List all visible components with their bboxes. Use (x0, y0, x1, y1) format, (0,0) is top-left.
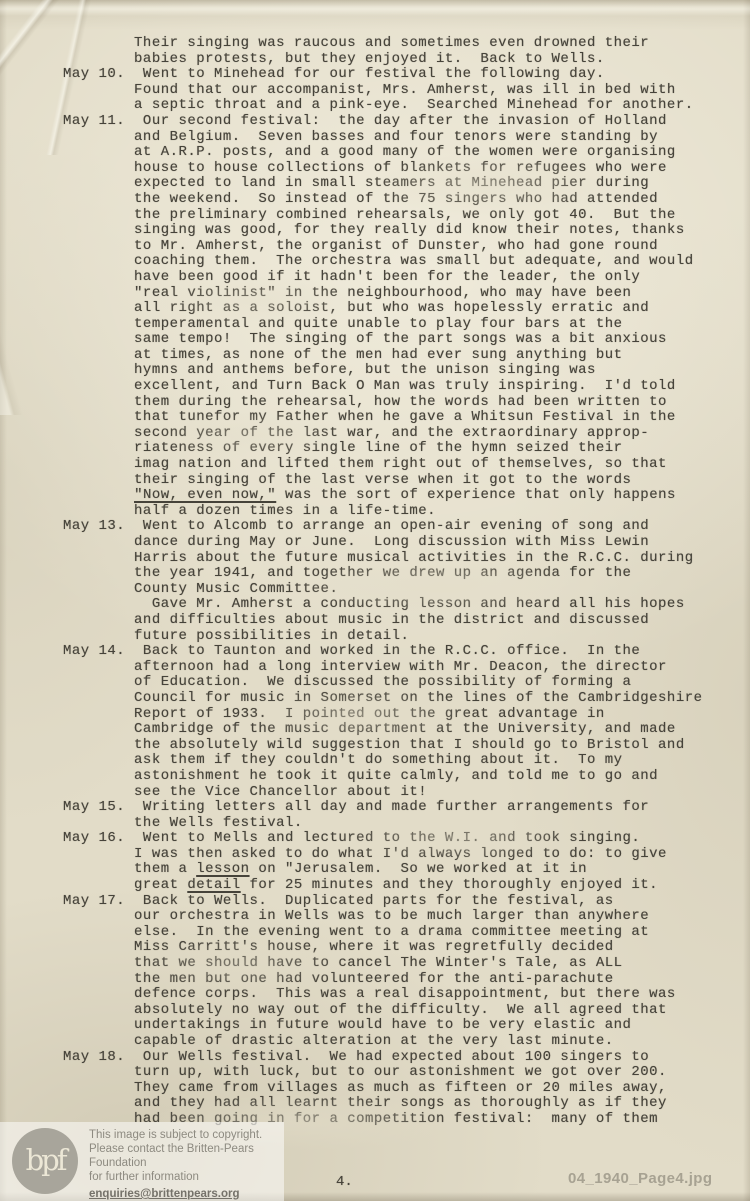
typescript-line: May 15. Writing letters all day and made… (63, 800, 743, 816)
typescript-line: Their singing was raucous and sometimes … (63, 36, 743, 52)
filename-label: 04_1940_Page4.jpg (568, 1170, 712, 1187)
typescript-line: at A.R.P. posts, and a good many of the … (63, 145, 743, 161)
typescript-line: Miss Carritt's house, where it was regre… (63, 940, 743, 956)
typescript-line: singing was good, for they really did kn… (63, 223, 743, 239)
typescript-line: May 13. Went to Alcomb to arrange an ope… (63, 519, 743, 535)
typescript-line: defence corps. This was a real disappoin… (63, 987, 743, 1003)
watermark-line-2: Please contact the Britten-Pears Foundat… (89, 1142, 284, 1170)
typescript-line: to Mr. Amherst, the organist of Dunster,… (63, 239, 743, 255)
typescript-line: that tunefor my Father when he gave a Wh… (63, 410, 743, 426)
watermark-text: This image is subject to copyright. Plea… (89, 1128, 284, 1201)
typescript-text: Their singing was raucous and sometimes … (63, 36, 743, 1128)
typescript-line: the men but one had volunteered for the … (63, 972, 743, 988)
typescript-line: of Education. We discussed the possibili… (63, 675, 743, 691)
watermark-email: enquiries@brittenpears.org (89, 1187, 284, 1201)
typescript-line: them during the rehearsal, how the words… (63, 395, 743, 411)
bpf-logo: bpf (12, 1128, 78, 1194)
typescript-line: house to house collections of blankets f… (63, 161, 743, 177)
typescript-line: the year 1941, and together we drew up a… (63, 566, 743, 582)
underlined-text: lesson (196, 861, 249, 877)
typescript-line: have been good if it hadn't been for the… (63, 270, 743, 286)
typescript-line: "Now, even now," was the sort of experie… (63, 488, 743, 504)
typescript-line: May 14. Back to Taunton and worked in th… (63, 644, 743, 660)
typescript-line: afternoon had a long interview with Mr. … (63, 660, 743, 676)
typescript-line: all right as a soloist, but who was hope… (63, 301, 743, 317)
watermark-line-1: This image is subject to copyright. (89, 1128, 284, 1142)
typescript-line: and they had all learnt their songs as t… (63, 1096, 743, 1112)
typescript-line: turn up, with luck, but to our astonishm… (63, 1065, 743, 1081)
typescript-line: excellent, and Turn Back O Man was truly… (63, 379, 743, 395)
document-page: Their singing was raucous and sometimes … (0, 0, 750, 1201)
typescript-line: same tempo! The singing of the part song… (63, 332, 743, 348)
typescript-line: Council for music in Somerset on the lin… (63, 691, 743, 707)
typescript-line: temperamental and quite unable to play f… (63, 317, 743, 333)
typescript-line: riateness of every single line of the hy… (63, 441, 743, 457)
typescript-line: that we should have to cancel The Winter… (63, 956, 743, 972)
watermark-line-3: for further information (89, 1170, 284, 1184)
typescript-line: and Belgium. Seven basses and four tenor… (63, 130, 743, 146)
typescript-line: Cambridge of the music department at the… (63, 722, 743, 738)
typescript-line: ask them if they couldn't do something a… (63, 753, 743, 769)
typescript-line: imag nation and lifted them right out of… (63, 457, 743, 473)
typescript-line: a septic throat and a pink-eye. Searched… (63, 98, 743, 114)
underlined-text: "Now, even now," (134, 487, 276, 503)
typescript-line: see the Vice Chancellor about it! (63, 785, 743, 801)
typescript-line: expected to land in small steamers at Mi… (63, 176, 743, 192)
typescript-line: future possibilities in detail. (63, 629, 743, 645)
typescript-line: astonishment he took it quite calmly, an… (63, 769, 743, 785)
copyright-watermark: bpf This image is subject to copyright. … (0, 1122, 284, 1201)
typescript-line: their singing of the last verse when it … (63, 473, 743, 489)
bpf-logo-text: bpf (26, 1143, 65, 1177)
typescript-line: May 10. Went to Minehead for our festiva… (63, 67, 743, 83)
typescript-line: Gave Mr. Amherst a conducting lesson and… (63, 597, 743, 613)
typescript-line: Harris about the future musical activiti… (63, 551, 743, 567)
typescript-line: and difficulties about music in the dist… (63, 613, 743, 629)
underlined-text: detail (187, 877, 240, 893)
paper-crease-top (0, 0, 750, 34)
typescript-line: May 17. Back to Wells. Duplicated parts … (63, 894, 743, 910)
typescript-line: the Wells festival. (63, 816, 743, 832)
typescript-line: babies protests, but they enjoyed it. Ba… (63, 52, 743, 68)
typescript-line: the weekend. So instead of the 75 singer… (63, 192, 743, 208)
typescript-line: capable of drastic alteration at the ver… (63, 1034, 743, 1050)
typescript-line: the preliminary combined rehearsals, we … (63, 208, 743, 224)
typescript-line: May 11. Our second festival: the day aft… (63, 114, 743, 130)
typescript-line: dance during May or June. Long discussio… (63, 535, 743, 551)
typescript-line: the absolutely wild suggestion that I sh… (63, 738, 743, 754)
typescript-line: Report of 1933. I pointed out the great … (63, 707, 743, 723)
typescript-line: them a lesson on "Jerusalem. So we worke… (63, 862, 743, 878)
typescript-line: May 18. Our Wells festival. We had expec… (63, 1050, 743, 1066)
page-number: 4. (336, 1174, 353, 1190)
typescript-line: great detail for 25 minutes and they tho… (63, 878, 743, 894)
typescript-line: undertakings in future would have to be … (63, 1018, 743, 1034)
typescript-line: May 16. Went to Mells and lectured to th… (63, 831, 743, 847)
typescript-line: "real violinist" in the neighbourhood, w… (63, 286, 743, 302)
typescript-line: coaching them. The orchestra was small b… (63, 254, 743, 270)
typescript-line: our orchestra in Wells was to be much la… (63, 909, 743, 925)
typescript-line: hymns and anthems before, but the unison… (63, 363, 743, 379)
